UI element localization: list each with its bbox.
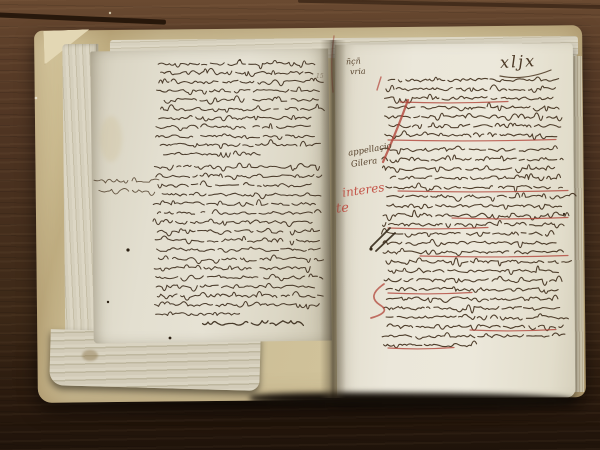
header-abbreviation-line1: ñçñ [346, 57, 361, 66]
header-abbreviation-line2: vria [350, 68, 366, 77]
folio-number: xljx [500, 53, 537, 71]
gutter-shadow [320, 40, 346, 398]
photo-scene: xljx ñçñ vria 15 appellaçio Gilera inter… [0, 0, 600, 450]
